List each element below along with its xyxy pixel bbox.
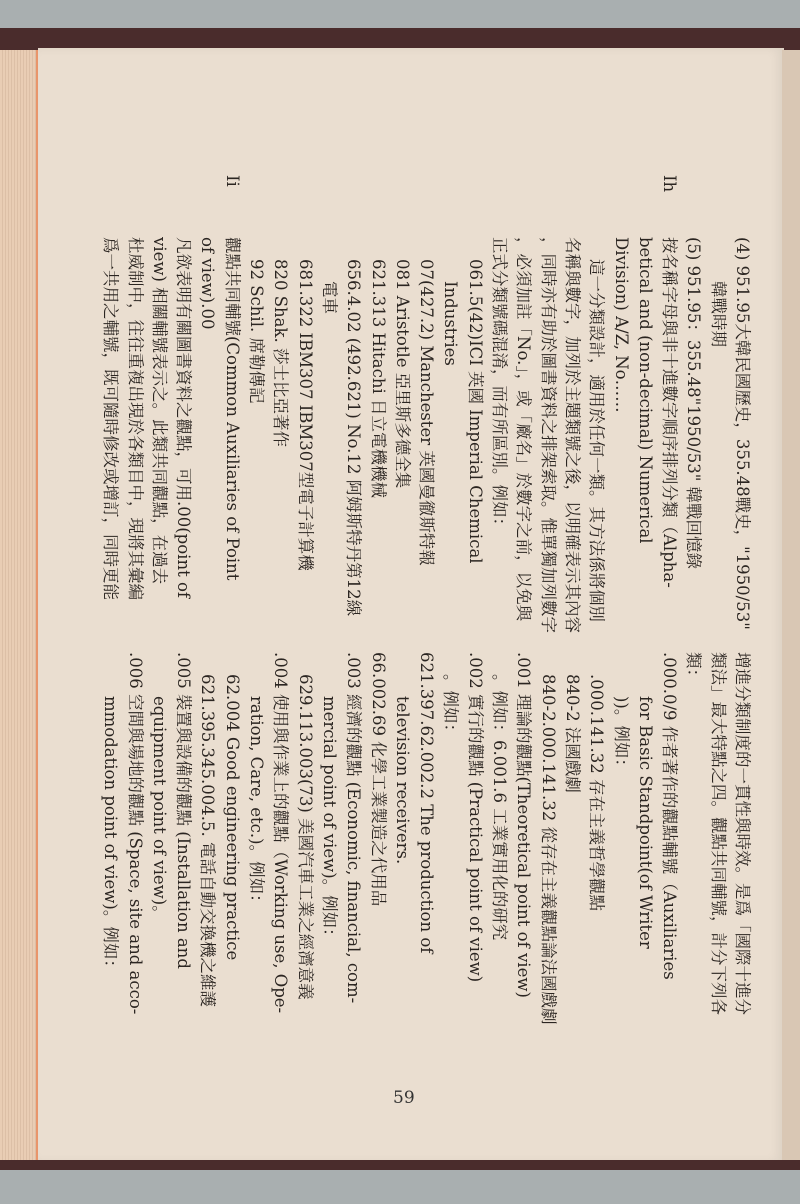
line-text: mmodation point of view)。例如：	[101, 696, 120, 976]
line-text: 62.004 Good engineering practice	[223, 674, 242, 960]
text-line: ration, Care, etc.)。例如：	[244, 652, 268, 1112]
line-text: 爲一共用之輔號，既可隨時修改或增訂，同時更能	[101, 237, 120, 600]
line-text: 增進分類制度的一貫性與時效。是爲「國際十進分	[733, 652, 752, 1015]
line-text: .002 實行的觀點 (Practical point of view)	[466, 652, 485, 982]
line-text: 杜威制中，往往重複出現於各類目中，現將其彙編	[126, 237, 145, 600]
line-text: 電車	[320, 281, 339, 314]
line-text: 。例如：6.001.6 工業實用化的研究	[490, 674, 509, 940]
text-line: 840-2 法國戲劇	[560, 652, 584, 1112]
line-text: 621.395.345.004.5. 電話自動交換機之維護	[198, 674, 217, 1007]
line-text: of view).00	[198, 237, 217, 329]
line-text: .004 使用與作業上的觀點（Working use, Ope-	[271, 652, 290, 1013]
line-text: 類：	[684, 652, 703, 685]
line-text: 凡欲表明有關圖書資料之觀點，可用.00(point of	[174, 237, 193, 598]
line-text: Industries	[441, 281, 460, 366]
line-text: 66.002.69 化學工業製造之代用品	[369, 652, 388, 906]
text-line: .000.0/9 作者著作的觀點輔號（Auxiliaries	[657, 652, 681, 1112]
line-text: .003 經濟的觀點 (Economic, financial, com-	[344, 652, 363, 1003]
line-text: 韓戰時期	[709, 281, 728, 347]
line-text: television receivers.	[393, 696, 412, 864]
section-mark: Ih	[657, 175, 681, 192]
text-line: 。例如：	[438, 652, 462, 1112]
text-line: .003 經濟的觀點 (Economic, financial, com-	[341, 652, 365, 1112]
text-line: .001 理論的觀點(Theoretical point of view)	[511, 652, 535, 1112]
line-text: 621.397.62.002.2 The production of	[417, 652, 436, 953]
line-text: 629.113.003(73) 美國汽車工業之經濟意義	[296, 674, 315, 1000]
line-text: ration, Care, etc.)。例如：	[247, 696, 266, 911]
line-text: mercial point of view)。例如：	[320, 696, 339, 945]
line-text: 840-2 法國戲劇	[563, 674, 582, 793]
line-text: 621.313 Hitachi 日立電機機械	[369, 259, 388, 498]
line-text: 656.4.02 (492.621) No.12 阿姆斯特丹第12線	[344, 259, 363, 616]
line-text: for Basic Standpoint(of Writer	[636, 696, 655, 949]
line-text: ))。例如：	[612, 696, 631, 775]
line-text: 這一分類設計，適用於任何一類。其方法係將個別	[587, 259, 606, 622]
line-text: 820 Shak. 莎士比亞著作	[271, 259, 290, 447]
line-text: .001 理論的觀點(Theoretical point of view)	[514, 652, 533, 998]
line-text: 觀點共同輔號(Common Auxiliaries of Point	[223, 237, 242, 580]
line-text: .005 裝置與設備的觀點 (Installation and	[174, 652, 193, 969]
line-text: betical and (non-decimal) Numerical	[636, 237, 655, 544]
line-text: 840-2.000.141.32 從存在主義觀點論法國戲劇	[539, 674, 558, 1025]
line-text: 按名稱字母與非十進數字順序排列分類（Alpha-	[660, 237, 679, 588]
line-text: equipment point of view)。	[150, 696, 169, 922]
line-text: view) 相關輔號表示之。此類共同觀點，在過去	[150, 237, 169, 584]
line-text: ，必須加註「No.」，或「廠名」於數字之前，以免與	[514, 237, 533, 621]
text-line: 類法」最大特點之四。觀點共同輔號，計分下列各	[705, 652, 729, 1112]
text-line: 621.397.62.002.2 The production of	[414, 652, 438, 1112]
line-text: 081 Aristotle 亞里斯多德全集	[393, 259, 412, 488]
book-cover-bottom	[0, 1160, 800, 1170]
text-line: mercial point of view)。例如：	[317, 652, 341, 1112]
book-spine-edge	[782, 50, 800, 1160]
text-line: 增進分類制度的一貫性與時效。是爲「國際十進分	[730, 652, 754, 1112]
text-line: 66.002.69 化學工業製造之代用品	[365, 652, 389, 1112]
section-mark: Ii	[219, 175, 243, 187]
text-line: .004 使用與作業上的觀點（Working use, Ope-	[268, 652, 292, 1112]
text-line: .000.141.32 存在主義哲學觀點	[584, 652, 608, 1112]
text-line: .006 空間與場地的觀點 (Space, site and acco-	[122, 652, 146, 1112]
text-line: 621.395.345.004.5. 電話自動交換機之維護	[195, 652, 219, 1112]
line-text: 061.5(42)ICI 英國 Imperial Chemical	[466, 259, 485, 564]
text-line: 類：	[681, 652, 705, 1112]
text-line: for Basic Standpoint(of Writer	[633, 652, 657, 1112]
text-line: 。例如：6.001.6 工業實用化的研究	[487, 652, 511, 1112]
text-line: 840-2.000.141.32 從存在主義觀點論法國戲劇	[535, 652, 559, 1112]
line-text: (4) 951.95大韓民國歷史，355.48戰史，"1950/53"	[733, 237, 752, 630]
text-line: mmodation point of view)。例如：	[98, 652, 122, 1112]
line-text: 07(427.2) Manchester 英國曼徹斯特報	[417, 259, 436, 566]
text-line: 62.004 Good engineering practice	[219, 652, 243, 1112]
line-text: 正式分類號碼混淆，而有所區別。例如：	[490, 237, 509, 534]
line-text: .000.0/9 作者著作的觀點輔號（Auxiliaries	[660, 652, 679, 980]
text-line: 629.113.003(73) 美國汽車工業之經濟意義	[292, 652, 316, 1112]
line-text: 類法」最大特點之四。觀點共同輔號，計分下列各	[709, 652, 728, 1015]
line-text: Division) A/Z, No……	[612, 237, 631, 413]
text-line: .002 實行的觀點 (Practical point of view)	[462, 652, 486, 1112]
line-text: .000.141.32 存在主義哲學觀點	[587, 674, 606, 911]
text-line: equipment point of view)。	[147, 652, 171, 1112]
line-text: 。例如：	[441, 674, 460, 740]
line-text: 名稱與數字，加列於主題類號之後，以明確表示其內容	[563, 237, 582, 633]
line-text: 681.322 IBM307 IBM307型電子計算機	[296, 259, 315, 571]
text-line: .005 裝置與設備的觀點 (Installation and	[171, 652, 195, 1112]
text-line: ))。例如：	[608, 652, 632, 1112]
page-number: 59	[393, 1088, 415, 1108]
line-text: (5) 951.95：355.48"1950/53" 韓戰回憶錄	[684, 237, 703, 569]
line-text: ，同時亦有助於圖書資料之排架索取。惟單獨加列數字	[539, 237, 558, 633]
lower-text-block: 增進分類制度的一貫性與時效。是爲「國際十進分類法」最大特點之四。觀點共同輔號，計…	[54, 652, 754, 1112]
text-line: television receivers.	[390, 652, 414, 1112]
line-text: 92 Schil. 席勒傳記	[247, 259, 266, 403]
line-text: .006 空間與場地的觀點 (Space, site and acco-	[126, 652, 145, 1014]
